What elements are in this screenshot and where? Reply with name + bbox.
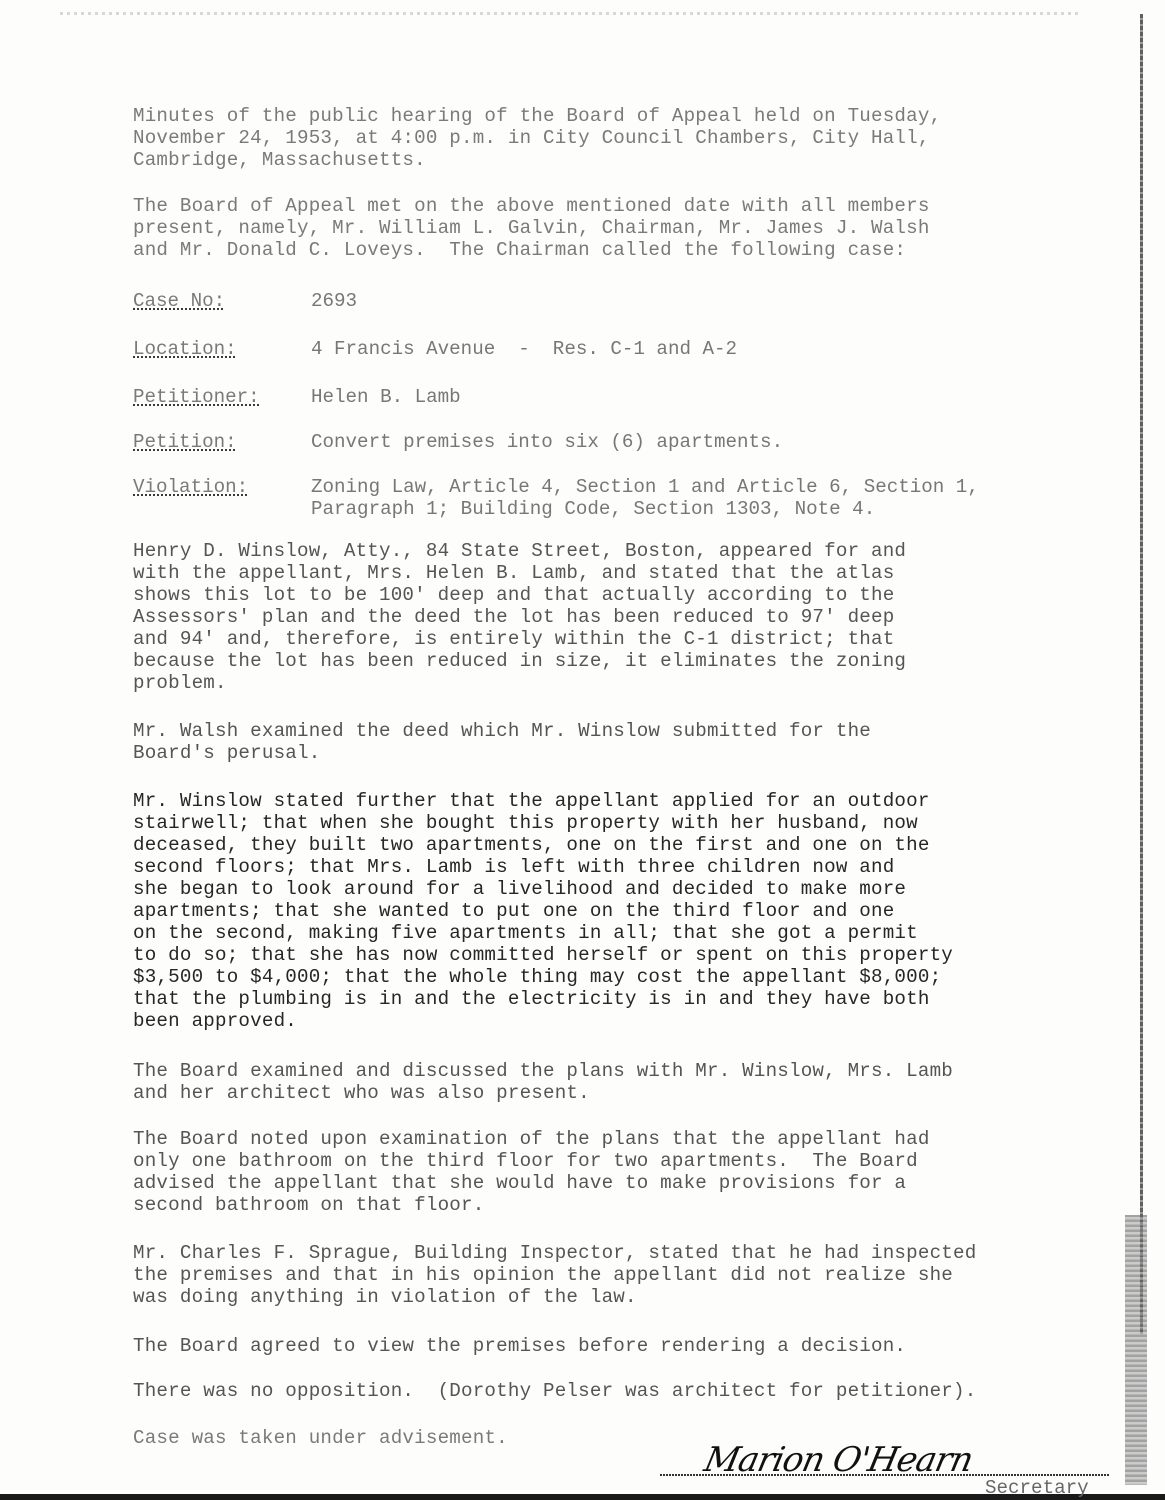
attendance-line: present, namely, Mr. William L. Galvin, … — [133, 217, 930, 240]
body-line: second bathroom on that floor. — [133, 1194, 484, 1217]
body-line: advised the appellant that she would hav… — [133, 1172, 906, 1195]
body-line: Assessors' plan and the deed the lot has… — [133, 606, 894, 629]
body-line: with the appellant, Mrs. Helen B. Lamb, … — [133, 562, 894, 585]
body-line: to do so; that she has now committed her… — [133, 944, 953, 967]
body-line: she began to look around for a livelihoo… — [133, 878, 906, 901]
body-line: been approved. — [133, 1010, 297, 1033]
case-no-value: 2693 — [311, 290, 357, 313]
body-line: deceased, they built two apartments, one… — [133, 834, 930, 857]
scan-right-smudge — [1125, 1215, 1147, 1485]
body-line: Mr. Charles F. Sprague, Building Inspect… — [133, 1242, 976, 1265]
violation-value: Zoning Law, Article 4, Section 1 and Art… — [311, 476, 979, 499]
paragraph-no-opposition: There was no opposition. (Dorothy Pelser… — [133, 1380, 976, 1403]
violation-value: Paragraph 1; Building Code, Section 1303… — [311, 498, 875, 521]
body-line: and her architect who was also present. — [133, 1082, 590, 1105]
attendance-line: The Board of Appeal met on the above men… — [133, 195, 930, 218]
paragraph-view-premises: The Board agreed to view the premises be… — [133, 1335, 906, 1358]
petition-label: Petition: — [133, 431, 237, 454]
body-line: Henry D. Winslow, Atty., 84 State Street… — [133, 540, 906, 563]
scanned-document-page: Minutes of the public hearing of the Boa… — [0, 0, 1165, 1500]
body-line: Mr. Winslow stated further that the appe… — [133, 790, 930, 813]
body-line: and 94' and, therefore, is entirely with… — [133, 628, 894, 651]
body-line: problem. — [133, 672, 227, 695]
petitioner-label: Petitioner: — [133, 386, 260, 409]
body-line: shows this lot to be 100' deep and that … — [133, 584, 894, 607]
body-line: apartments; that she wanted to put one o… — [133, 900, 894, 923]
petition-value: Convert premises into six (6) apartments… — [311, 431, 783, 454]
body-line: The Board examined and discussed the pla… — [133, 1060, 953, 1083]
scan-top-edge — [60, 12, 1080, 15]
body-line: was doing anything in violation of the l… — [133, 1286, 637, 1309]
case-no-label: Case No: — [133, 290, 225, 313]
body-line: stairwell; that when she bought this pro… — [133, 812, 918, 835]
header-line: November 24, 1953, at 4:00 p.m. in City … — [133, 127, 930, 150]
body-line: on the second, making five apartments in… — [133, 922, 918, 945]
body-line: Mr. Walsh examined the deed which Mr. Wi… — [133, 720, 871, 743]
petitioner-value: Helen B. Lamb — [311, 386, 461, 409]
body-line: the premises and that in his opinion the… — [133, 1264, 953, 1287]
body-line: only one bathroom on the third floor for… — [133, 1150, 918, 1173]
signature-line — [660, 1474, 1110, 1476]
body-line: Board's perusal. — [133, 742, 320, 765]
paragraph-advisement: Case was taken under advisement. — [133, 1427, 508, 1450]
body-line: The Board noted upon examination of the … — [133, 1128, 930, 1151]
body-line: $3,500 to $4,000; that the whole thing m… — [133, 966, 941, 989]
location-value: 4 Francis Avenue - Res. C-1 and A-2 — [311, 338, 737, 361]
header-line: Minutes of the public hearing of the Boa… — [133, 105, 941, 128]
body-line: second floors; that Mrs. Lamb is left wi… — [133, 856, 894, 879]
header-line: Cambridge, Massachusetts. — [133, 149, 426, 172]
signature-title: Secretary — [985, 1477, 1089, 1499]
violation-label: Violation: — [133, 476, 248, 499]
attendance-line: and Mr. Donald C. Loveys. The Chairman c… — [133, 239, 906, 262]
location-label: Location: — [133, 338, 237, 361]
scan-right-border — [1140, 14, 1143, 1334]
body-line: that the plumbing is in and the electric… — [133, 988, 930, 1011]
body-line: because the lot has been reduced in size… — [133, 650, 906, 673]
